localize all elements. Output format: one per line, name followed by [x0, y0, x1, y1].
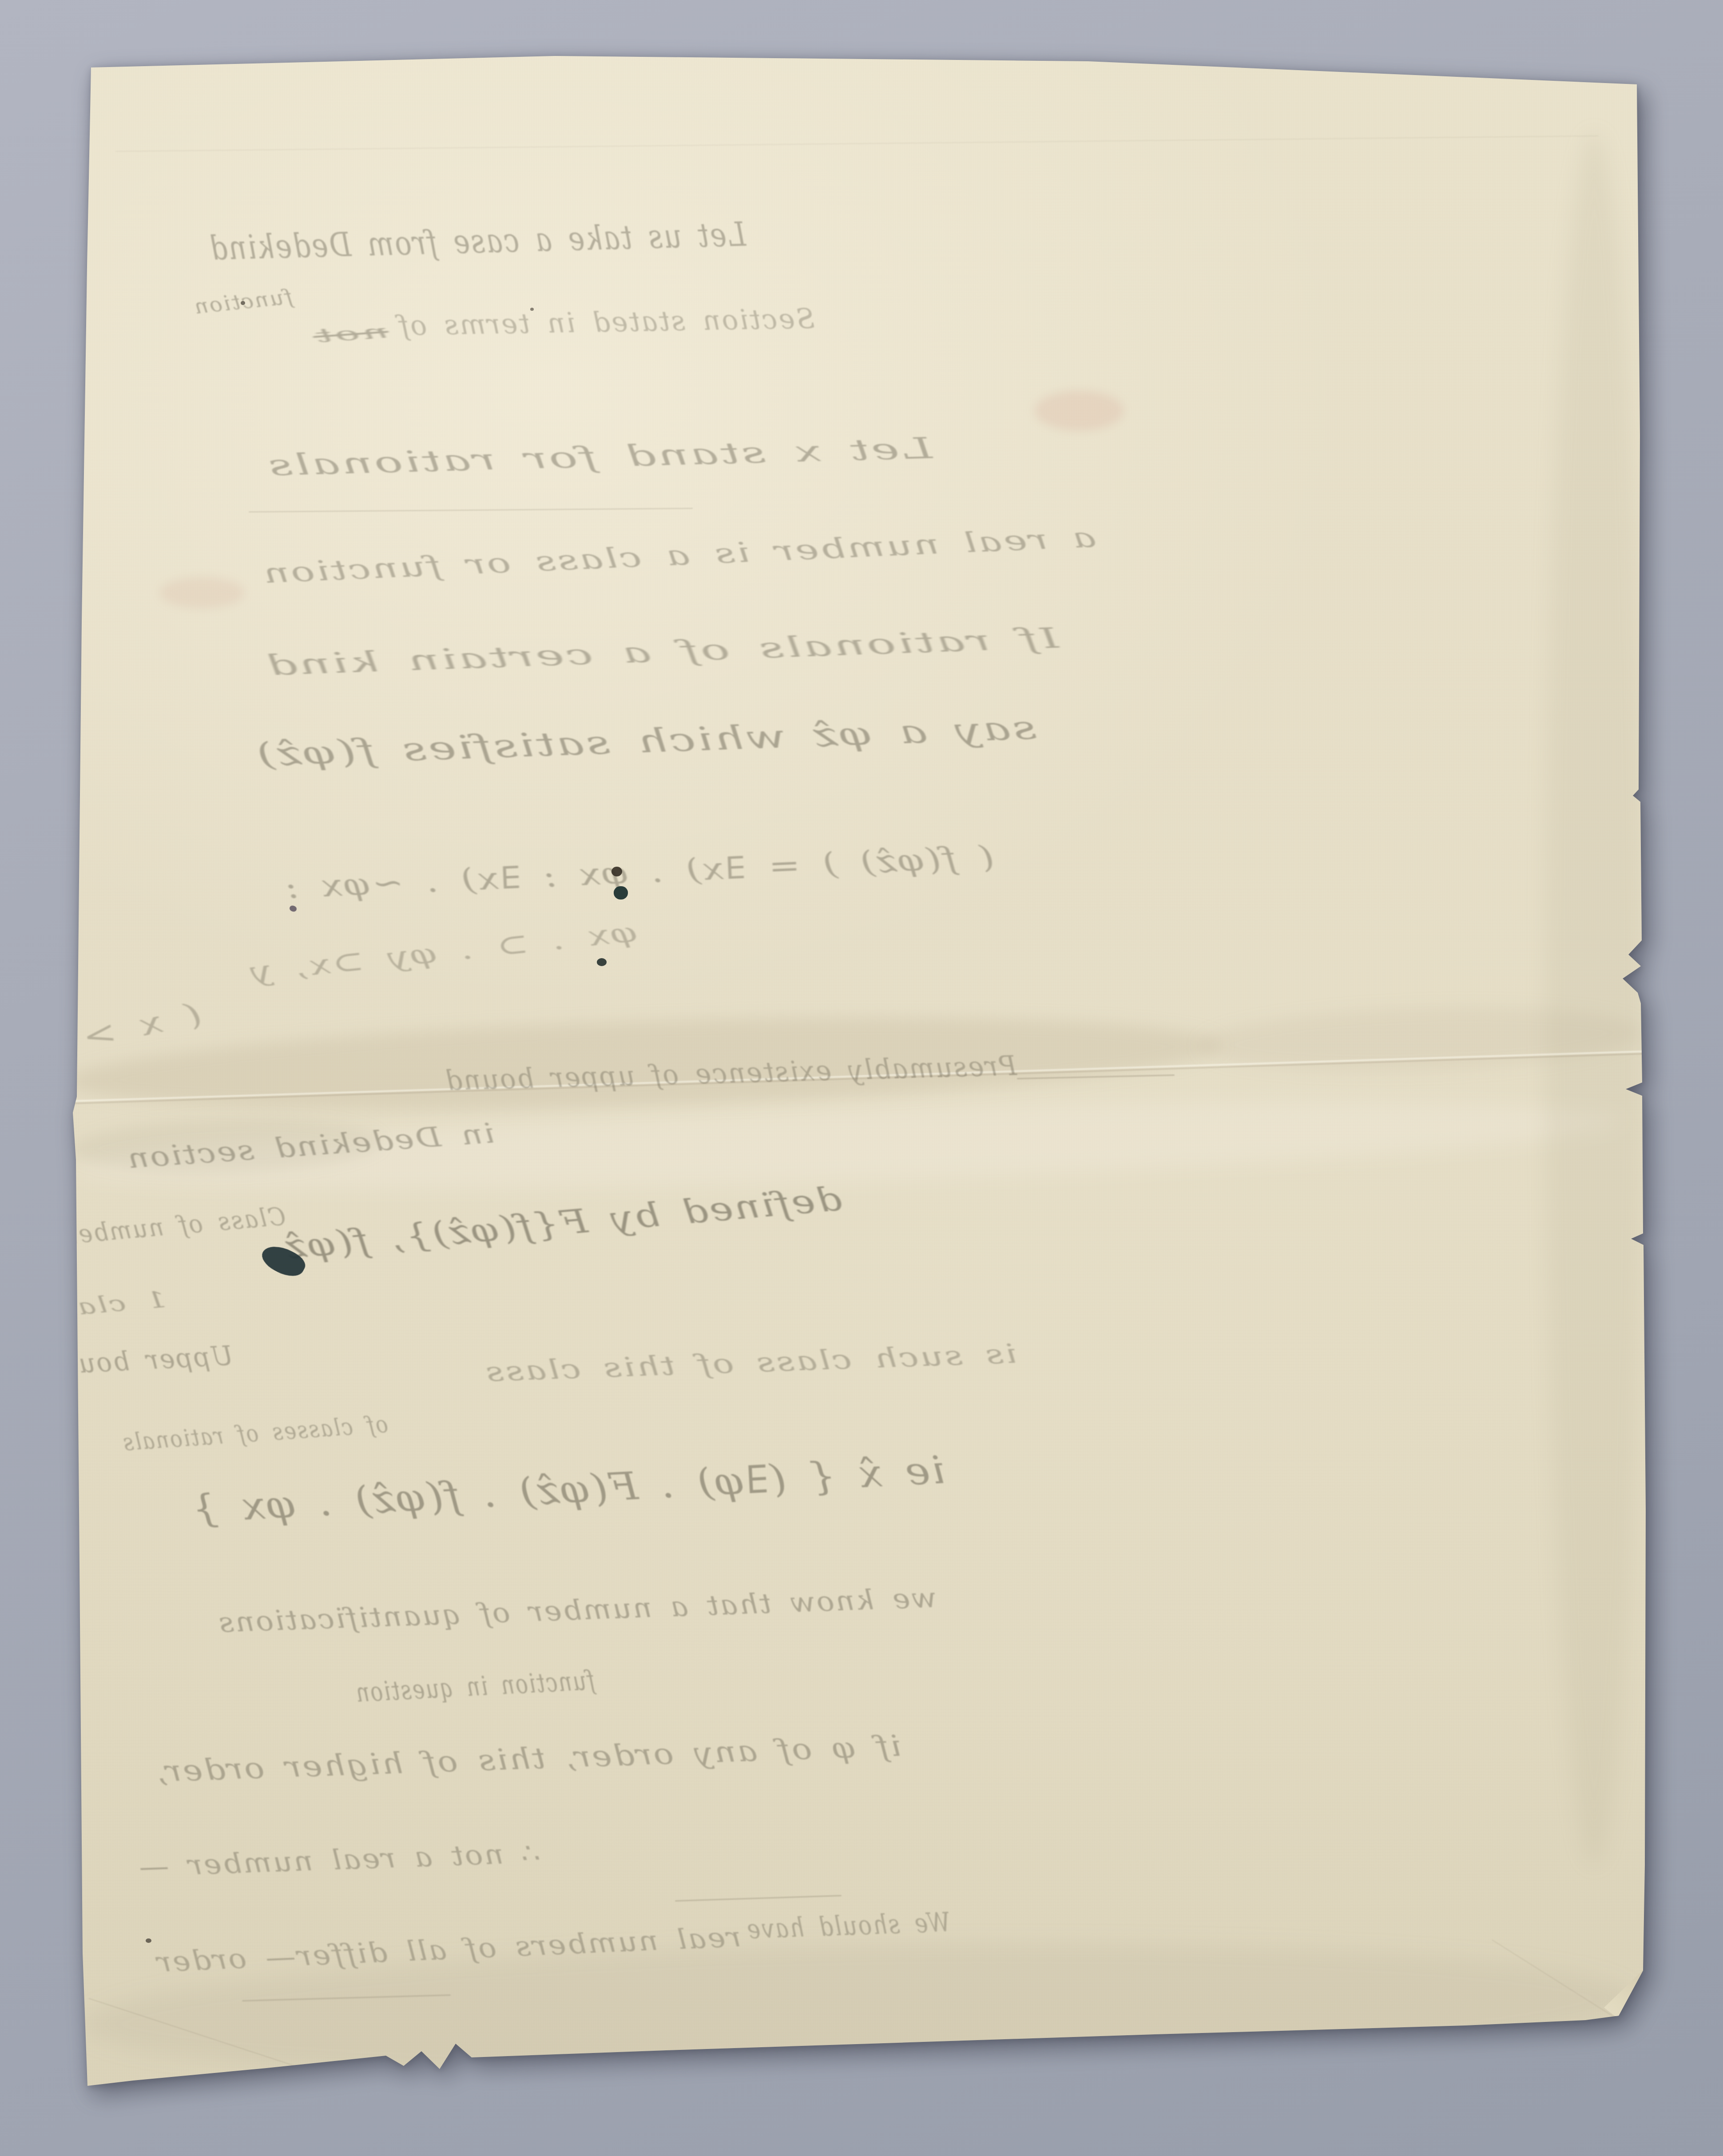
manuscript-page: Let us take a case from Dedekindfunction… — [0, 0, 1723, 2156]
edge-shading — [0, 0, 1723, 2156]
scan-background: Let us take a case from Dedekindfunction… — [0, 0, 1723, 2156]
paper-shadow: Let us take a case from Dedekindfunction… — [0, 0, 1723, 2156]
